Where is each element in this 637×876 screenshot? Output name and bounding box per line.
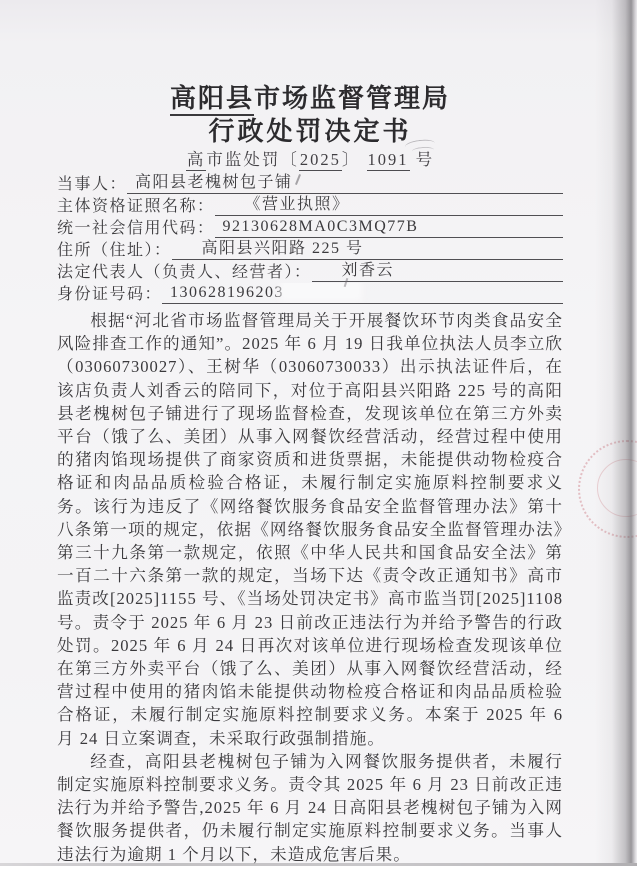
party-info-fields: 当事人： 高阳县老槐树包子铺 主体资格证照名称： 《营业执照》 统一社会信用代码… [57,172,563,304]
document-type-title: 行政处罚决定书 [57,116,563,148]
body-paragraph-1: 根据“河北省市场监督管理局关于开展餐饮环节肉类食品安全风险排查工作的通知”。20… [57,309,563,750]
red-seal-inner-ring [597,459,637,517]
paper: 高阳县市场监督管理局 行政处罚决定书 高市监处罚〔2025〕 1091 号 当事… [0,0,637,863]
field-row-license-name: 主体资格证照名称： 《营业执照》 [57,194,563,216]
field-label: 法定代表人（负责人、经营者）： [57,259,312,282]
field-row-legal-representative: 法定代表人（负责人、经营者）： 刘香云 [57,260,563,282]
id-number-visible-digits: 130628196203 [170,284,284,301]
field-label: 主体资格证照名称： [57,193,215,216]
decision-body: 根据“河北省市场监督管理局关于开展餐饮环节肉类食品安全风险排查工作的通知”。20… [57,309,563,866]
field-label: 当事人： [57,171,127,194]
doc-number-text-2: 〕 [342,150,361,169]
field-row-id-number: 身份证号码： 130628196203 [57,282,563,304]
field-label: 住所（住址）： [57,237,172,260]
scan-right-edge-shadow [595,0,637,863]
doc-number-suffix: 号 [416,150,435,169]
body-paragraph-2: 经查，高阳县老槐树包子铺为入网餐饮服务提供者，未履行制定实施原料控制要求义务。责… [57,750,563,866]
id-number-redaction-blur [284,283,358,297]
document-number: 高市监处罚〔2025〕 1091 号 [57,149,563,170]
doc-number-year: 2025 [299,150,342,171]
document-authority-title: 高阳县市场监督管理局 [57,82,563,116]
authority-underlined-text: 高阳县 [170,84,254,116]
document-content: 高阳县市场监督管理局 行政处罚决定书 高市监处罚〔2025〕 1091 号 当事… [57,0,563,866]
field-label: 身份证号码： [57,281,162,304]
scanned-document-page: 高阳县市场监督管理局 行政处罚决定书 高市监处罚〔2025〕 1091 号 当事… [0,0,637,876]
authority-rest-text: 市场监督管理局 [254,84,450,113]
field-value: 130628196203 [162,283,563,304]
field-value: 刘香云 [312,257,563,282]
doc-number-text-1: 市监处罚〔 [206,150,299,169]
field-value: 《营业执照》 [215,191,563,216]
doc-number-serial: 1091 [367,150,410,171]
scan-bottom-edge-shadow [0,863,637,866]
red-seal-stamp [578,440,637,538]
doc-number-prefix: 高 [186,150,207,171]
